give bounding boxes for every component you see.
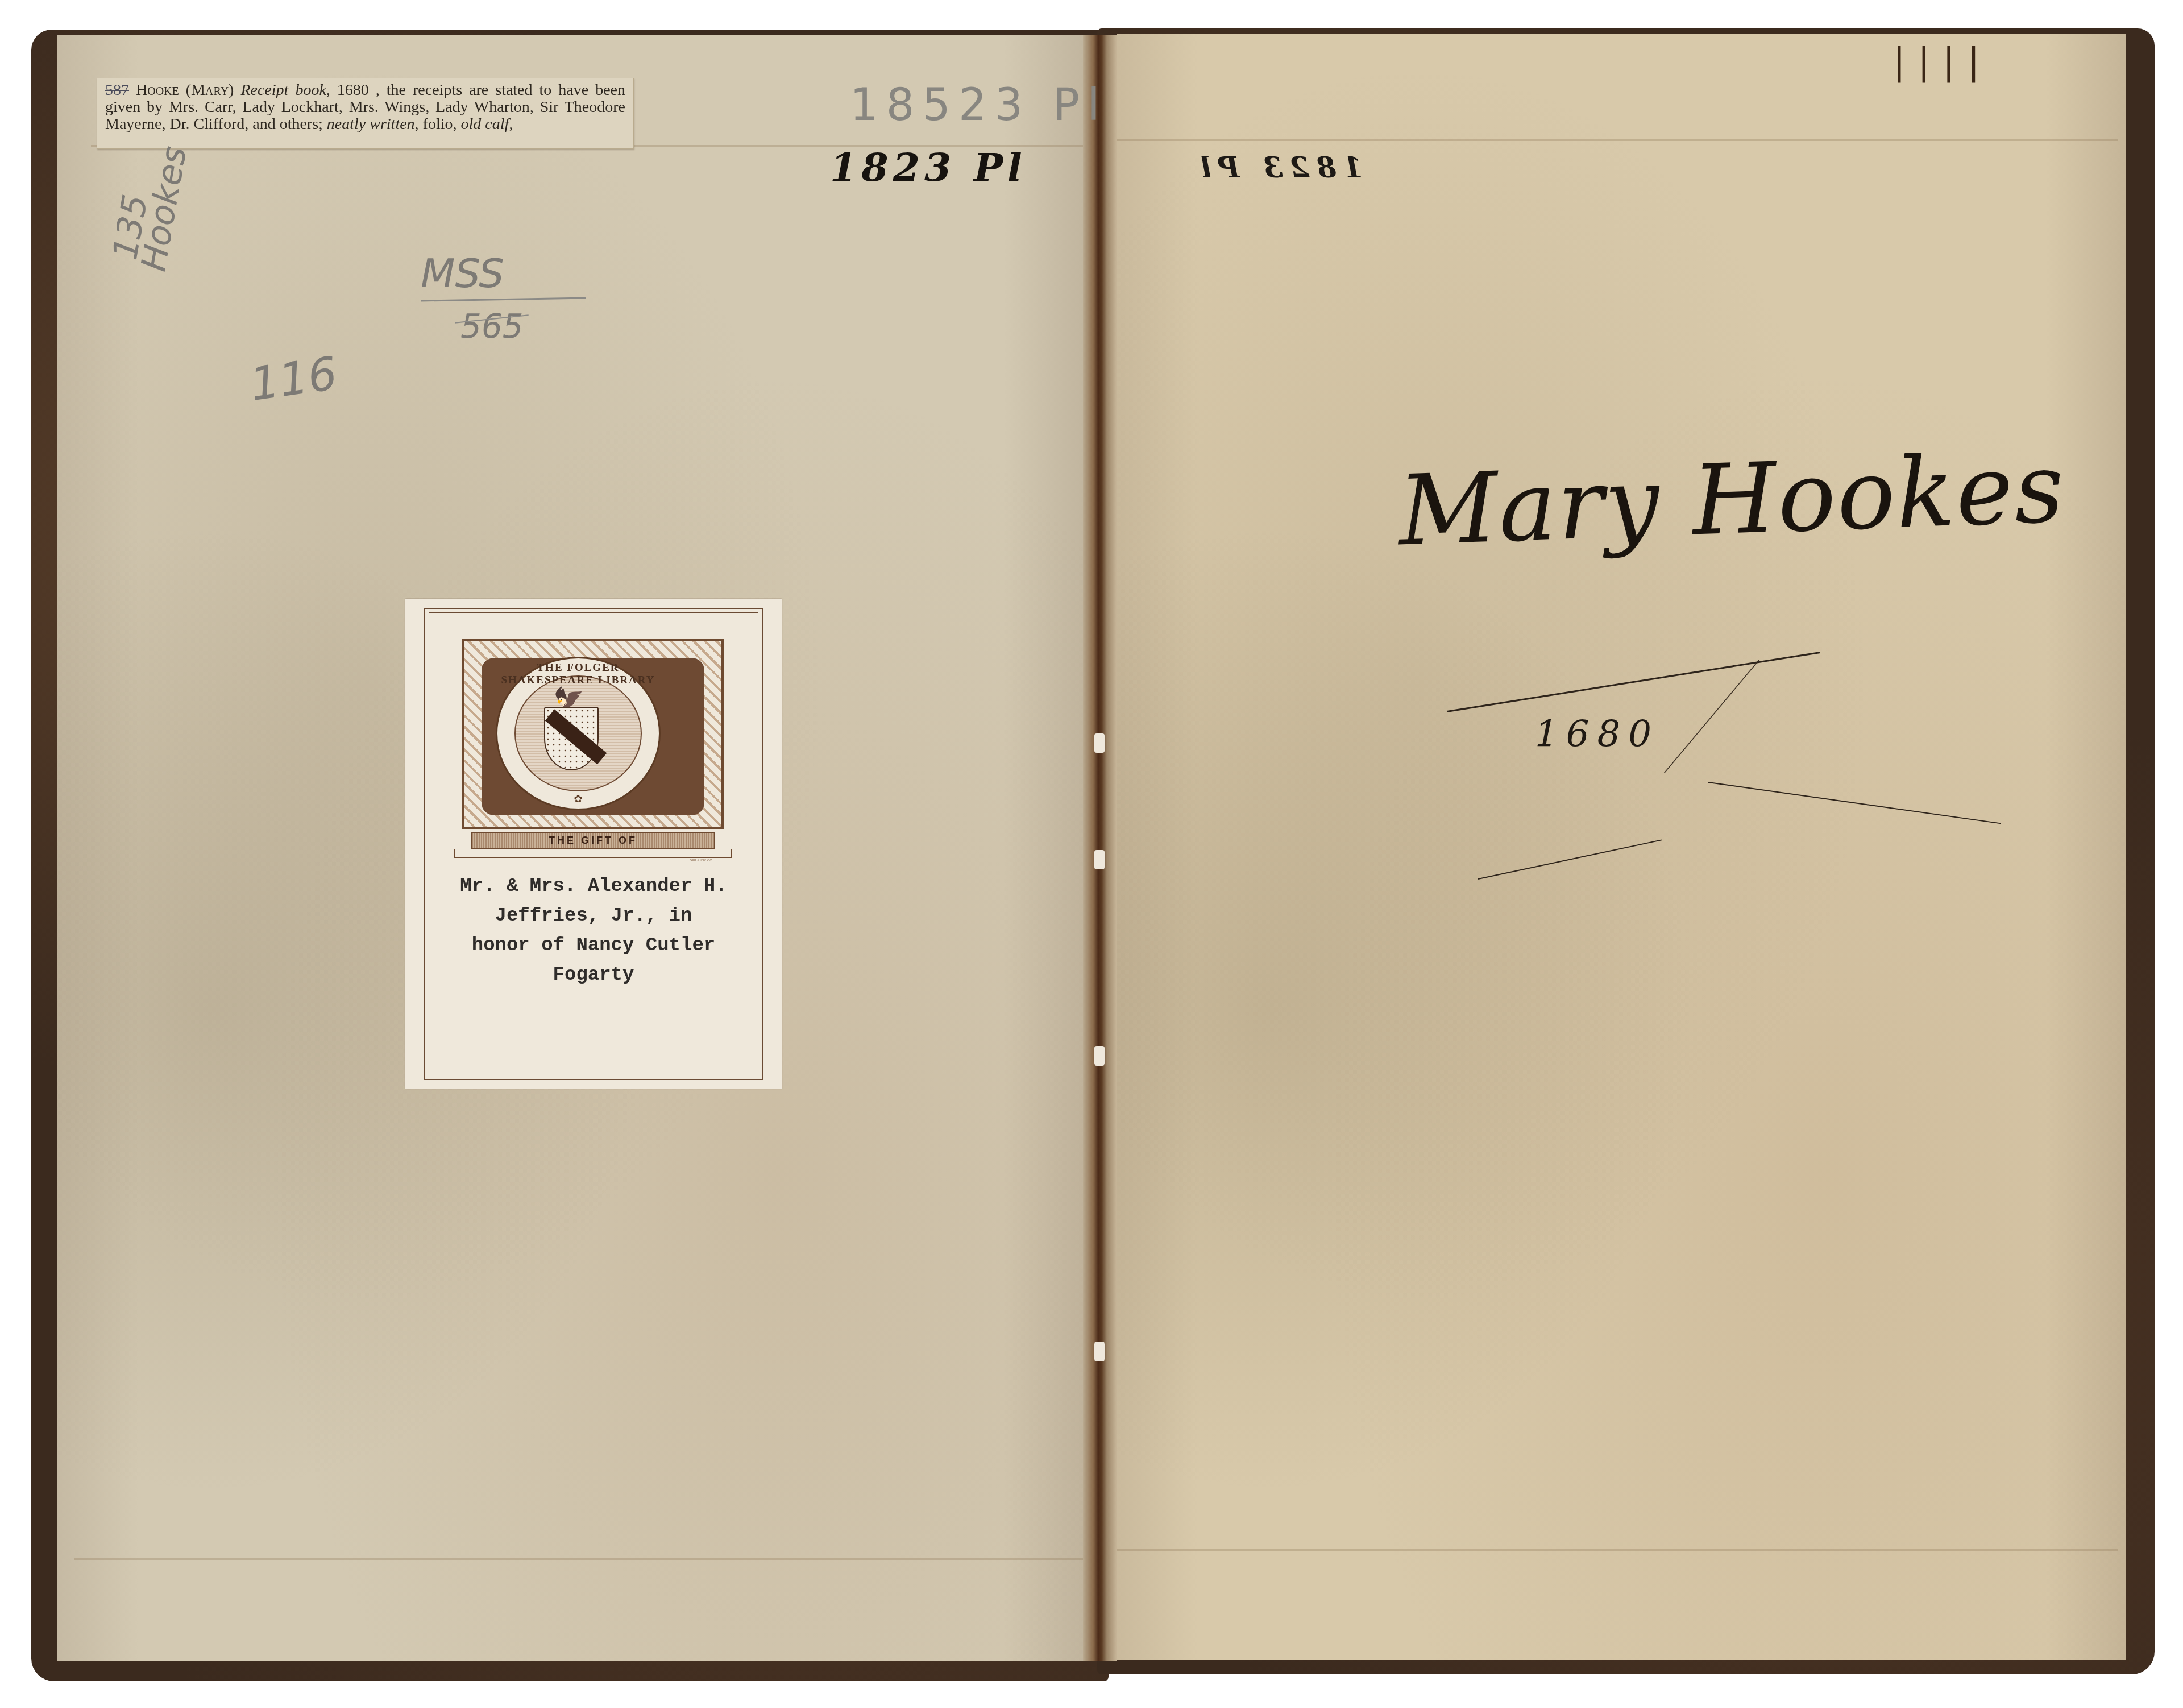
pencil-ms-number: 565 (460, 307, 524, 346)
bookplate-legend: THE FOLGER SHAKESPEARE LIBRARY (497, 662, 659, 687)
left-page-rule-bottom (74, 1558, 1086, 1560)
label-text: , (509, 115, 513, 133)
binding-stitch (1094, 850, 1105, 869)
label-title: Receipt book (240, 81, 326, 99)
ink-shelfmark: 1823 Pl (830, 145, 1027, 190)
auction-catalog-label: 587 Hooke (Mary) Receipt book, 1680 , th… (97, 78, 634, 149)
donor-line: Jeffries, Jr., in (431, 901, 756, 931)
gift-of-band: THE GIFT OF (471, 832, 715, 849)
engraving-oval: THE FOLGER SHAKESPEARE LIBRARY 🦅 ✿ (496, 657, 661, 810)
right-page-rule-bottom (1117, 1549, 2118, 1551)
folger-bookplate: THE FOLGER SHAKESPEARE LIBRARY 🦅 ✿ THE G… (405, 599, 782, 1089)
binding-stitch (1094, 1046, 1105, 1066)
owner-signature: Mary Hookes (1397, 432, 2067, 568)
bookplate-engraving: THE FOLGER SHAKESPEARE LIBRARY 🦅 ✿ (462, 639, 724, 829)
ink-tally-marks: |||| (1893, 41, 1992, 83)
pencil-ms-label: MSS (421, 250, 504, 297)
ink-showthrough: 1823 Pl (1194, 151, 1363, 184)
right-page-rule-top (1117, 139, 2118, 141)
donor-line: Fogarty (431, 960, 756, 990)
label-italic: neatly written (327, 115, 415, 133)
engraving-pedestal (454, 849, 732, 858)
shield-bend-icon (545, 709, 607, 764)
donor-line: Mr. & Mrs. Alexander H. (431, 872, 756, 901)
right-endpaper-page (1117, 34, 2126, 1660)
rosette-icon: ✿ (497, 793, 659, 805)
heraldic-shield-icon (544, 707, 599, 770)
lot-number: 587 (105, 81, 129, 99)
pencil-shelfmark: 18523 Pl (850, 80, 1108, 131)
signature-date: 1680 (1535, 714, 1659, 756)
binding-stitch (1094, 733, 1105, 753)
binding-stitch (1094, 1342, 1105, 1361)
donor-inscription: Mr. & Mrs. Alexander H. Jeffries, Jr., i… (431, 872, 756, 990)
label-text: , folio, (415, 115, 461, 133)
label-author: Hooke (Mary) (136, 81, 234, 99)
label-italic: old calf (461, 115, 509, 133)
gutter-spine (1083, 35, 1117, 1661)
printer-mark: BEP & INK CO. (690, 859, 713, 863)
donor-line: honor of Nancy Cutler (431, 931, 756, 960)
